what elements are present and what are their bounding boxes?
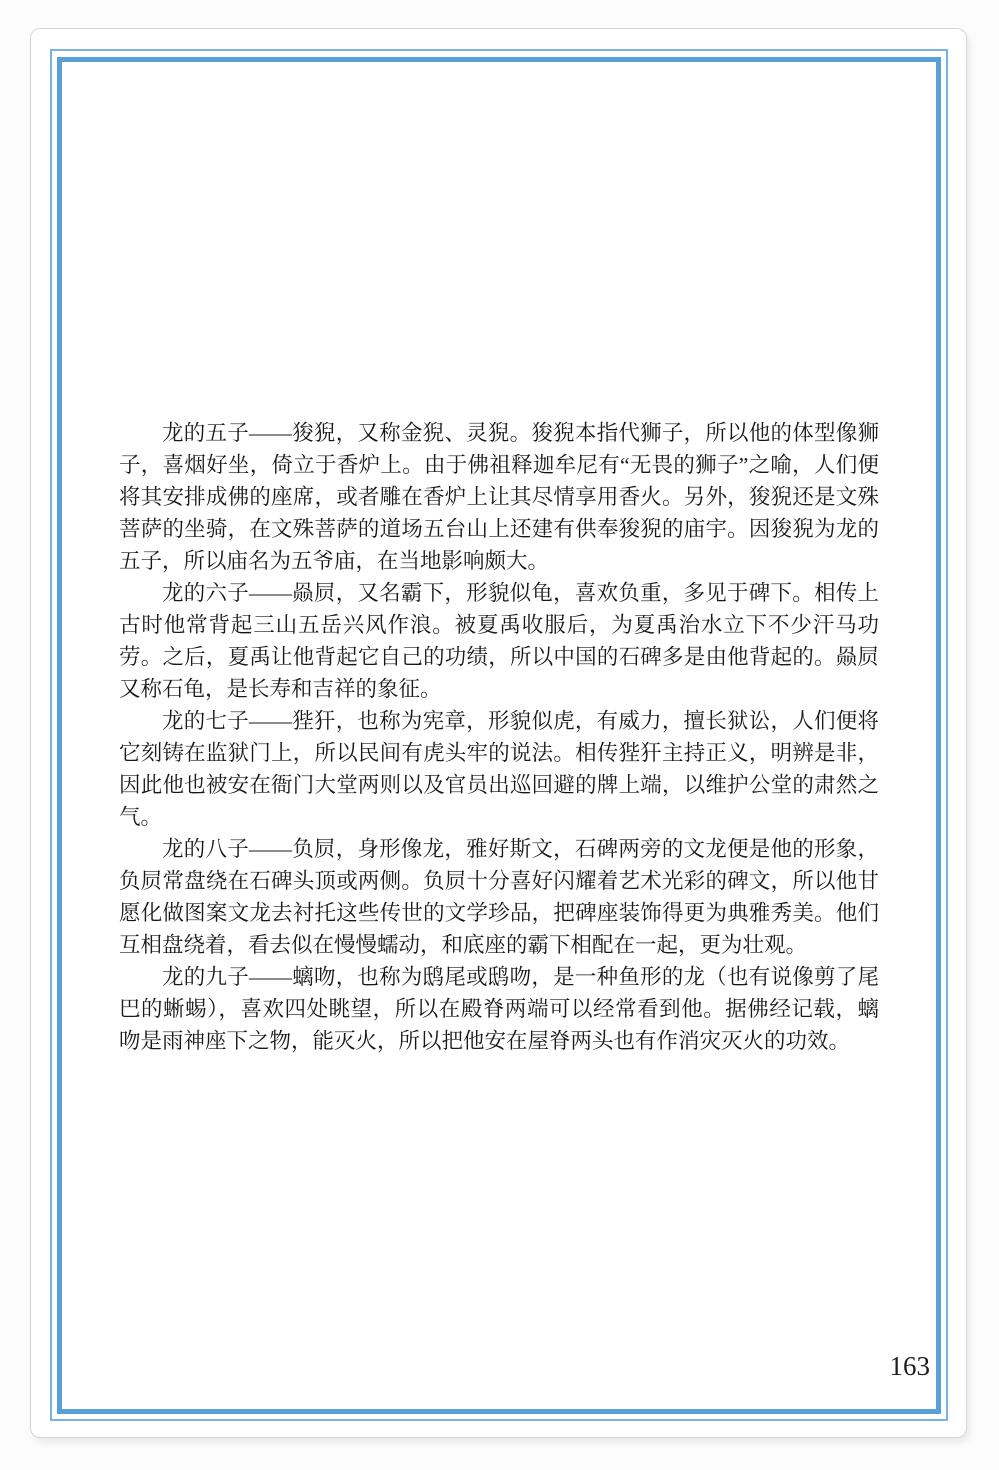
paragraph-dragon-son-9: 龙的九子——螭吻，也称为鸱尾或鸱吻，是一种鱼形的龙（也有说像剪了尾巴的蜥蜴），喜… [119,961,879,1057]
paragraph-dragon-son-8: 龙的八子——负屃，身形像龙，雅好斯文，石碑两旁的文龙便是他的形象，负屃常盘绕在石… [119,833,879,961]
paragraph-dragon-son-7: 龙的七子——狴犴，也称为宪章，形貌似虎，有威力，擅长狱讼，人们便将它刻铸在监狱门… [119,705,879,833]
paragraph-dragon-son-6: 龙的六子——赑屃，又名霸下，形貌似龟，喜欢负重，多见于碑下。相传上古时他常背起三… [119,577,879,705]
paragraph-dragon-son-5: 龙的五子——狻猊，又称金猊、灵猊。狻猊本指代狮子，所以他的体型像狮子，喜烟好坐，… [119,417,879,577]
book-page-scan: 龙的五子——狻猊，又称金猊、灵猊。狻猊本指代狮子，所以他的体型像狮子，喜烟好坐，… [0,0,999,1470]
body-text: 龙的五子——狻猊，又称金猊、灵猊。狻猊本指代狮子，所以他的体型像狮子，喜烟好坐，… [119,417,879,1057]
page-number: 163 [890,1350,931,1382]
